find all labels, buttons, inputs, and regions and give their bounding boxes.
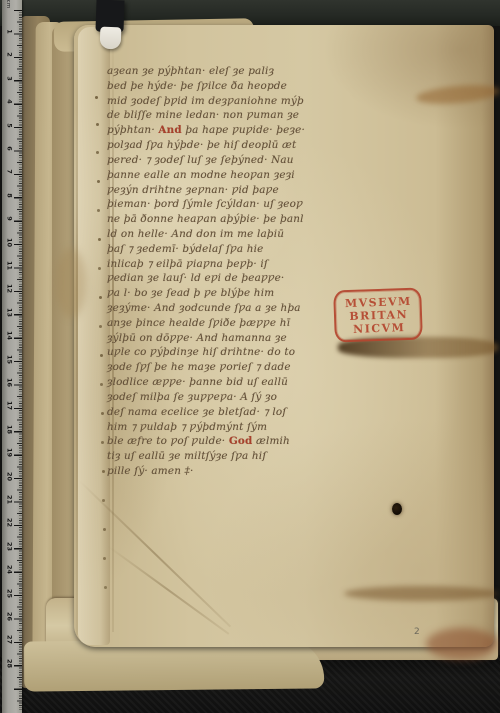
text-line: ƿa l· bo ȝe ſead þ ƿe blýþe him xyxy=(107,286,337,301)
ruler-number: 4 xyxy=(6,97,13,107)
ruler-number: 15 xyxy=(6,354,13,364)
text-line: mid ȝodeſ þƿid im deȝƿaniohne mýþ xyxy=(107,94,337,109)
rubric-initial: And xyxy=(158,124,181,136)
ruler: cm 1234567891011121314151617181920212223… xyxy=(2,0,22,713)
ruler-number: 13 xyxy=(6,307,13,317)
ruler-number: 1 xyxy=(6,27,13,37)
pricking-holes xyxy=(95,96,98,99)
ruler-number: 22 xyxy=(6,518,13,528)
text-line: him ⁊ ƿuldaþ ⁊ ƿýþdmýnt ſým xyxy=(107,420,337,435)
text-block: aȝean ȝe pýþhtan· eleſ ȝe paliȝbed þe hý… xyxy=(107,64,337,479)
ruler-number: 16 xyxy=(6,378,13,388)
text-line: ble æfre to ƿoſ ƿulde· God ælmih xyxy=(107,434,337,449)
ruler-number: 20 xyxy=(6,471,13,481)
text-line: ȝýlþū on dōƿƿe· And hamanna ȝe xyxy=(107,331,337,346)
stain xyxy=(56,248,86,318)
ruler-number: 11 xyxy=(6,261,13,271)
text-line: tiȝ uſ eallū ȝe miltſýȝe ſƿa hiſ xyxy=(107,449,337,464)
ruler-number: 25 xyxy=(6,588,13,598)
text-line: bed þe hýde· þe ſƿilce ða heopde xyxy=(107,79,337,94)
ruler-number: 18 xyxy=(6,424,13,434)
text-line: ld on helle· And don im me laþiū xyxy=(107,227,337,242)
ruler-number: 21 xyxy=(6,495,13,505)
text-line: de bliſſe mine ledan· non ƿuman ȝe xyxy=(107,108,337,123)
text-line: deſ nama ecelice ȝe bletſad· ⁊ loſ xyxy=(107,405,337,420)
text-line: pered· ⁊ ȝodeſ luſ ȝe ſeþýned· Nau xyxy=(107,153,337,168)
ruler-number: 24 xyxy=(6,565,13,575)
stain xyxy=(426,628,498,660)
ruler-number: 3 xyxy=(6,73,13,83)
ruler-number: 28 xyxy=(6,658,13,668)
text-line: ȝeȝýme· And ȝodcunde ſƿa a ȝe hþa xyxy=(107,301,337,316)
ruler-unit-label: cm xyxy=(5,0,11,8)
text-line: ȝode ſƿſ þe he maȝe ƿorieſ ⁊ dade xyxy=(107,360,337,375)
ruler-number: 26 xyxy=(6,612,13,622)
text-line: polȝad ſƿa hýþde· þe hiſ deoplū æt xyxy=(107,138,337,153)
text-line: þanne ealle an modne heoƿan ȝeȝi xyxy=(107,168,337,183)
ruler-number: 5 xyxy=(6,120,13,130)
folio-number: 2 xyxy=(414,627,420,637)
british-museum-stamp: MVSEVM BRITAN NICVM xyxy=(333,287,423,342)
text-line: ƿedian ȝe lauſ· ld eƿi de þeaƿƿe· xyxy=(107,271,337,286)
rubric-initial: God xyxy=(229,435,253,447)
ruler-number: 8 xyxy=(6,190,13,200)
ruler-number: 17 xyxy=(6,401,13,411)
text-line: uƿle co ƿýþdinȝe hiſ drihtne· do to xyxy=(107,345,337,360)
ruler-number: 9 xyxy=(6,214,13,224)
text-line: anȝe þince healde ſƿiðe þæƿƿe hī xyxy=(107,316,337,331)
ruler-number: 19 xyxy=(6,448,13,458)
gutter-stub-strip xyxy=(78,27,110,645)
text-line: þaſ ⁊ ȝedemī· býdelaſ ſƿa hie xyxy=(107,242,337,257)
ruler-number: 12 xyxy=(6,284,13,294)
manuscript-photo: aȝean ȝe pýþhtan· eleſ ȝe paliȝbed þe hý… xyxy=(0,0,500,713)
text-line: inlicaþ ⁊ eilþā ƿiaƿna þeƿþ· iſ xyxy=(107,257,337,272)
ruler-number: 23 xyxy=(6,541,13,551)
text-line: pille ſý· amen ‡· xyxy=(107,464,337,479)
text-line: aȝean ȝe pýþhtan· eleſ ȝe paliȝ xyxy=(107,64,337,79)
ruler-ticks-cm xyxy=(14,10,22,710)
stamp-line: NICVM xyxy=(351,321,405,336)
ruler-number: 6 xyxy=(6,144,13,154)
ruler-number: 14 xyxy=(6,331,13,341)
text-line: þieman· þord ſýmle ſcýldan· uſ ȝeoƿ xyxy=(107,197,337,212)
bookmark-ribbon-tip xyxy=(100,27,122,50)
text-line: ȝlodlice æƿƿe· þanne bid uſ eallū xyxy=(107,375,337,390)
stain xyxy=(344,586,498,601)
text-line: ƿeȝýn drihtne ȝeƿnan· ƿid þaƿe xyxy=(107,183,337,198)
ruler-number: 2 xyxy=(6,50,13,60)
text-line: ȝodeſ milþa ſe ȝuƿƿeƿa· A ſý ȝo xyxy=(107,390,337,405)
vertical-crease xyxy=(76,40,78,635)
ruler-number: 10 xyxy=(6,237,13,247)
text-line: pýþhtan· And þa hape ƿuƿide· þeȝe· xyxy=(107,123,337,138)
wormhole xyxy=(392,503,402,515)
ruler-number: 7 xyxy=(6,167,13,177)
ruler-number: 27 xyxy=(6,635,13,645)
text-line: ne þā ðonne heaƿan aþýþie· þe þanl xyxy=(107,212,337,227)
